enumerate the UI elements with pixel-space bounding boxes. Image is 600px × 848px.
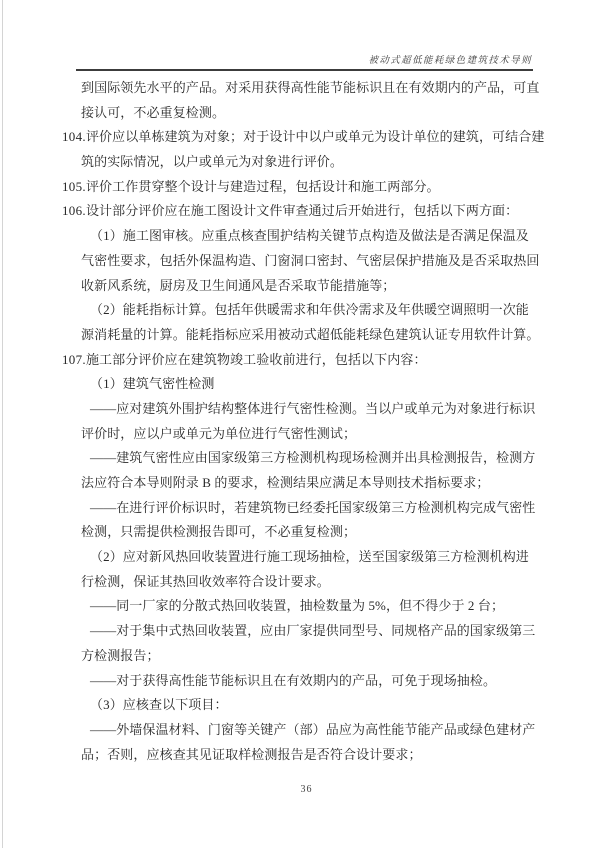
text-line: 接认可，不必重复检测。: [81, 101, 536, 126]
text-line: （2）应对新风热回收装置进行施工现场抽检，送至国家级第三方检测机构进: [81, 545, 536, 570]
text-line: 检测，只需提供检测报告即可，不必重复检测；: [81, 520, 536, 545]
clause-number: 105.: [62, 179, 86, 194]
text-line: ——外墙保温材料、门窗等关键产（部）品应为高性能节能产品或绿色建材产: [81, 718, 536, 743]
text-line: ——同一厂家的分散式热回收装置，抽检数量为 5%，但不得少于 2 台；: [81, 594, 536, 619]
text-line: ——建筑气密性应由国家级第三方检测机构现场检测并出具检测报告，检测方: [81, 446, 536, 471]
text-line: 106.设计部分评价应在施工图设计文件审查通过后开始进行，包括以下两方面：: [81, 199, 536, 224]
header-rule: [76, 69, 533, 71]
running-header: 被动式超低能耗绿色建筑技术导则: [81, 52, 532, 66]
text-line: 到国际领先水平的产品。对采用获得高性能节能标识且在有效期内的产品，可直: [81, 76, 536, 101]
text-line: 法应符合本导则附录 B 的要求，检测结果应满足本导则技术指标要求；: [81, 471, 536, 496]
text-line: ——对于集中式热回收装置，应由厂家提供同型号、同规格产品的国家级第三: [81, 619, 536, 644]
clause-number: 106.: [62, 203, 86, 218]
text-line: 收新风系统，厨房及卫生间通风是否采取节能措施等；: [81, 274, 536, 299]
clause-number: 107.: [62, 352, 86, 367]
text-line: 方检测报告；: [81, 644, 536, 669]
clause-number: 104.: [62, 129, 86, 144]
text-line: （1）建筑气密性检测: [81, 372, 536, 397]
text-line: 品；否则，应核查其见证取样检测报告是否符合设计要求；: [81, 743, 536, 768]
document-page: 被动式超低能耗绿色建筑技术导则 到国际领先水平的产品。对采用获得高性能节能标识且…: [0, 0, 600, 848]
text-line: 105.评价工作贯穿整个设计与建造过程，包括设计和施工两部分。: [81, 175, 536, 200]
text-line: 评价时，应以户或单元为单位进行气密性测试；: [81, 422, 536, 447]
text-line: 气密性要求，包括外保温构造、门窗洞口密封、气密层保护措施及是否采取热回: [81, 249, 536, 274]
text-line: ——对于获得高性能节能标识且在有效期内的产品，可免于现场抽检。: [81, 669, 536, 694]
text-line: 筑的实际情况，以户或单元为对象进行评价。: [81, 150, 536, 175]
text-line: ——应对建筑外围护结构整体进行气密性检测。当以户或单元为对象进行标识: [81, 397, 536, 422]
text-line: 行检测，保证其热回收效率符合设计要求。: [81, 570, 536, 595]
document-body: 到国际领先水平的产品。对采用获得高性能节能标识且在有效期内的产品，可直接认可，不…: [81, 76, 536, 767]
text-line: 源消耗量的计算。能耗指标应采用被动式超低能耗绿色建筑认证专用软件计算。: [81, 323, 536, 348]
scan-edge-artifact: [2, 0, 3, 848]
text-line: （1）施工图审核。应重点核查围护结构关键节点构造及做法是否满足保温及: [81, 224, 536, 249]
page-number: 36: [81, 784, 532, 795]
text-line: 104.评价应以单栋建筑为对象；对于设计中以户或单元为设计单位的建筑，可结合建: [81, 125, 536, 150]
text-line: 107.施工部分评价应在建筑物竣工验收前进行，包括以下内容：: [81, 348, 536, 373]
text-line: ——在进行评价标识时，若建筑物已经委托国家级第三方检测机构完成气密性: [81, 496, 536, 521]
text-line: （3）应核查以下项目：: [81, 693, 536, 718]
text-line: （2）能耗指标计算。包括年供暖需求和年供冷需求及年供暖空调照明一次能: [81, 298, 536, 323]
